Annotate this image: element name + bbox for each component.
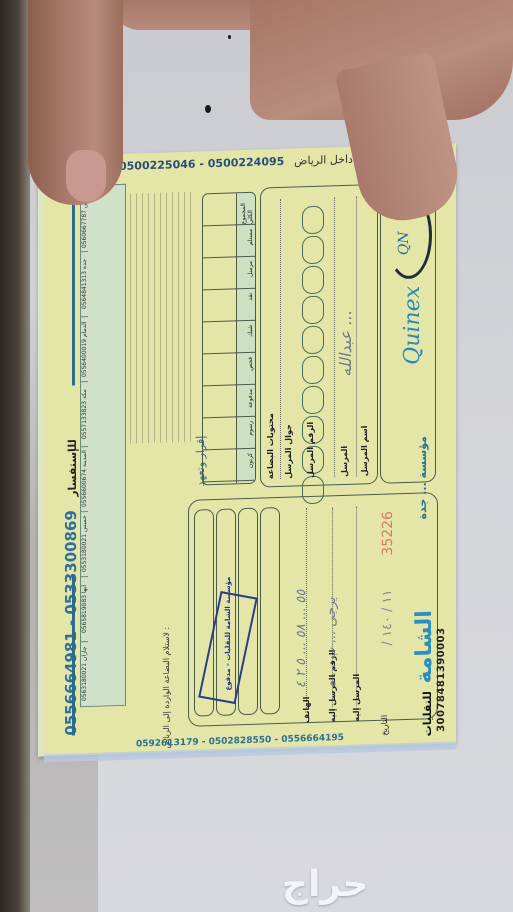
dotted-line (280, 199, 281, 479)
inquiry-phones: 0556664981 - 0533300869 (62, 510, 80, 736)
notes-column (260, 507, 280, 715)
sender-field-label: اسم المرسل (360, 425, 369, 476)
company-headline: الشامة للنقليات (412, 610, 437, 737)
dotted-line (334, 197, 335, 477)
receiver-handwriting: يرجى ... ب ... ه (324, 597, 339, 688)
sender-handwriting: عبدالله ... (336, 310, 355, 377)
stamp-text: مؤسسة الشامة للنقليات - مدفوع (224, 577, 232, 691)
date-value: / ١١ / ١٤٠ (380, 589, 395, 646)
delivery-phones: 0500225046 - 0500224095 (119, 155, 284, 173)
charges-row: مدفوعة (203, 385, 255, 419)
date-label: التاريخ (380, 715, 389, 736)
charges-row: مستلم (203, 225, 255, 259)
inquiry-label: للإستفسار (66, 439, 79, 497)
brand-name: Quinex (400, 286, 425, 366)
terms-fine-print (130, 192, 192, 444)
thumbnail (66, 150, 106, 202)
logo-letters: QN (396, 231, 412, 255)
stain-spot (205, 105, 211, 113)
sender-field-label: المرسل (340, 446, 349, 477)
commercial-registration-number: 30078481390003 (436, 627, 447, 732)
sender-field-label: محتويات البضاعة (266, 413, 275, 479)
charges-row: نقد (203, 289, 255, 323)
charges-row: فحص (203, 353, 255, 387)
charges-row: المجموع الكلي (203, 193, 255, 227)
branch-cell: 0556400019 الدمام (81, 316, 88, 381)
haraj-watermark: حراج (282, 864, 369, 905)
sender-field-label: جوال المرسل (284, 424, 293, 479)
charges-row: كرتون (203, 449, 255, 483)
branches-table: 0560667787 الرياض 0564841313 جدة 0556400… (80, 184, 126, 707)
receiver-field-label: المرسل إليه (352, 674, 361, 722)
shipping-receipt: 0500225046 - 0500224095 خدمة التوصيل داخ… (38, 143, 456, 756)
charges-row: رسوم (203, 417, 255, 451)
receiver-field-label: الهاتف (302, 696, 311, 723)
serial-number: 35226 (380, 511, 396, 556)
branch-cell: 0556600674 المدينة (81, 446, 88, 511)
dotted-line (356, 197, 357, 477)
blue-rule (72, 575, 75, 735)
branch-cell: 0557133823 مكة (81, 381, 88, 446)
receiver-handwriting: ٥٥ ... ٥٨ ... ٥ ٢ ٤ (294, 590, 309, 689)
branch-cell: 0564841313 جدة (81, 251, 88, 316)
charges-grid: المجموع الكلي مستلم مرسل نقد شيك فحص مدف… (202, 192, 256, 486)
city-line: مؤسسة ... جدة (416, 436, 429, 520)
charges-row: شيك (203, 321, 255, 355)
charges-row: مرسل (203, 257, 255, 291)
dark-board-edge (0, 0, 30, 912)
blue-rule (72, 185, 75, 385)
branch-cell: 0563180021 جازان (81, 641, 88, 706)
inquiry-line: 0556664981 - 0533300869 للإستفسار (62, 439, 80, 736)
branch-cell: 0553180021 خميس (81, 511, 88, 576)
stain-spot (228, 35, 231, 39)
branch-cell: 0565819083 أبها (81, 576, 88, 641)
sender-field-label: الرقم المرسل (306, 422, 315, 478)
receive-goods-label: لاستلام البضاعة الواردة إلى الرياض : (162, 627, 171, 749)
